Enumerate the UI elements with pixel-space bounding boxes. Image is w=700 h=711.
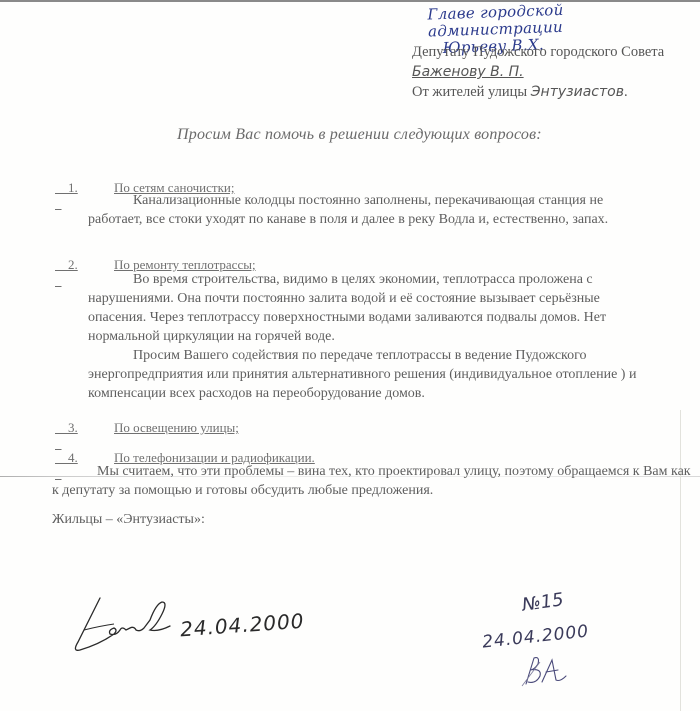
closing-paragraph: Мы считаем, что эти проблемы – вина тех,… bbox=[52, 462, 692, 500]
sender-prefix: От жителей улицы bbox=[412, 84, 531, 100]
signatories-label: Жильцы – «Энтузиасты»: bbox=[52, 512, 205, 528]
scanned-letter-page: Главе городской администрации Юрьеву В.Х… bbox=[0, 0, 700, 711]
section-2-paragraph-2: Просим Вашего содействия по передаче теп… bbox=[88, 346, 648, 403]
street-name: Энтузиастов bbox=[531, 84, 624, 100]
request-title: Просим Вас помочь в решении следующих во… bbox=[177, 126, 542, 144]
vertical-fold-line bbox=[680, 410, 681, 711]
registration-initials-icon bbox=[520, 652, 570, 688]
section-title: По освещению улицы; bbox=[114, 420, 239, 435]
addressee-name: Баженову В. П. bbox=[412, 62, 664, 82]
registration-date: 24.04.2000 bbox=[481, 621, 590, 652]
section-1-paragraph: Канализационные колодцы постоянно заполн… bbox=[88, 191, 648, 229]
sender-suffix: . bbox=[624, 84, 628, 100]
section-2-paragraph-1: Во время строительства, видимо в целях э… bbox=[88, 270, 648, 346]
addressee-title: Депутату Пудожского городского Совета bbox=[412, 42, 664, 62]
signature-date: 24.04.2000 bbox=[179, 609, 305, 642]
sender-line: От жителей улицы Энтузиастов. bbox=[412, 82, 664, 102]
registration-number: №15 bbox=[521, 589, 565, 616]
handwritten-signature-icon bbox=[70, 590, 190, 660]
addressee-block: Депутату Пудожского городского Совета Ба… bbox=[412, 42, 664, 102]
